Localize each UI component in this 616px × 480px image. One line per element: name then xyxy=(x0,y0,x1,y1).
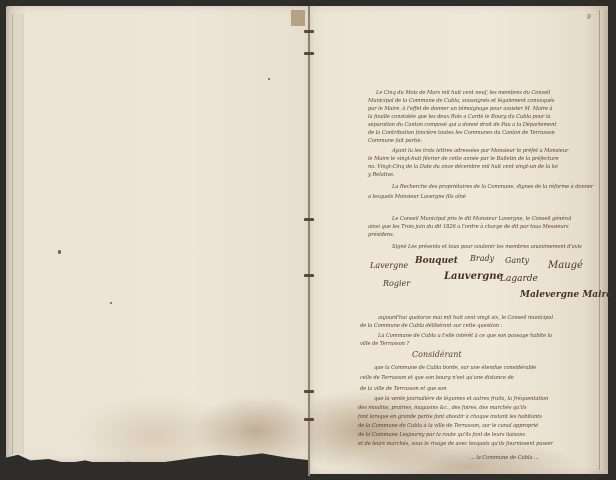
text-line: ainsi que les Trois juin du dit 1826 a l… xyxy=(368,224,569,230)
signature: Lauvergne xyxy=(444,271,503,282)
text-line: La Commune de Cubla a t'elle intérêt à c… xyxy=(378,333,552,339)
scanned-register: 9 Le Cinq du Mois de Mars mil huit cent … xyxy=(0,0,616,480)
text-line: Signé Les présents et tous pour soutenir… xyxy=(392,244,582,250)
text-line: La Recherche des propriétaires de la Com… xyxy=(392,184,593,190)
left-page-blank xyxy=(6,6,311,462)
text-line: séparation du Canton composé qui a donné… xyxy=(368,122,556,128)
text-line: Le Cinq du Mois de Mars mil huit cent ne… xyxy=(376,90,550,96)
text-line: de la ville de Terrasson et que son xyxy=(360,386,447,392)
ink-spot xyxy=(58,250,61,254)
right-page-text xyxy=(308,6,608,474)
text-line: a lesquels Monsieur Lavergne fils aîné xyxy=(368,194,466,200)
text-line: Municipal de la Commune de Cubla, soussi… xyxy=(368,98,554,104)
text-line: no. Vingt-Cinq de la Date du onze décemb… xyxy=(368,164,558,170)
text-line: aujourd'hui quatorze mai mil huit cent v… xyxy=(378,315,553,321)
signature: Lagarde xyxy=(500,274,538,284)
text-line: présidens. xyxy=(368,232,394,238)
text-line: de la Commune Lesjourny par la route qu'… xyxy=(358,432,525,438)
text-line: ... la Commune de Cubla ... xyxy=(470,455,539,461)
binding-stitch xyxy=(304,218,314,221)
signature: Ganty xyxy=(505,256,529,265)
text-line: y Relative. xyxy=(368,172,395,178)
left-leaf-edge xyxy=(12,14,24,454)
ink-spot xyxy=(268,78,270,80)
text-line: de la Commune de Cubla délibérant sur ce… xyxy=(360,323,502,329)
section-heading: Considérant xyxy=(412,350,462,359)
text-line: et de leurs marchés, sous le rivage de a… xyxy=(358,441,553,447)
binding-stitch xyxy=(304,418,314,421)
text-line: Ayant lu les trois lettres adressées par… xyxy=(392,148,568,154)
signature: Rogier xyxy=(383,279,410,288)
binding-stitch xyxy=(304,274,314,277)
page-number: 9 xyxy=(587,14,591,21)
text-line: font lorsque en grande partie font about… xyxy=(358,414,542,420)
text-line: le Maire le vingt-huit février de cette … xyxy=(368,156,558,162)
text-line: ville de Terrasson ? xyxy=(360,341,409,347)
fore-edge xyxy=(599,10,608,470)
text-line: des moulins, prairies, magasins &c., des… xyxy=(358,405,526,411)
text-line: Le Conseil Municipal pris le dit Monsieu… xyxy=(392,216,571,222)
stain xyxy=(291,10,305,26)
signature: Brady xyxy=(470,254,494,263)
text-line: celle de Terrasson et que son bourg n'es… xyxy=(360,375,514,381)
ink-spot xyxy=(110,302,112,304)
binding-stitch xyxy=(304,390,314,393)
text-line: Commune fait partie. xyxy=(368,138,422,144)
text-line: de la Commune de Cubla à la ville de Ter… xyxy=(358,423,538,429)
text-line: par le Maire, à l'effet de donner un tém… xyxy=(368,106,552,112)
binding-stitch xyxy=(304,30,314,33)
book-gutter xyxy=(308,6,310,476)
text-line: la fouille constatée que les deux Rois a… xyxy=(368,114,551,120)
binding-stitch xyxy=(304,52,314,55)
signature: Bouquet xyxy=(415,256,458,266)
signature: Malevergne Maire xyxy=(520,290,612,300)
text-line: que la vente journalière de légumes et a… xyxy=(374,396,548,402)
signature: Lavergne xyxy=(370,261,408,270)
text-line: que la Commune de Cubla borde, sur une é… xyxy=(374,365,536,371)
signature: Maugé xyxy=(548,260,583,271)
text-line: de la Contribution foncière toutes les C… xyxy=(368,130,555,136)
